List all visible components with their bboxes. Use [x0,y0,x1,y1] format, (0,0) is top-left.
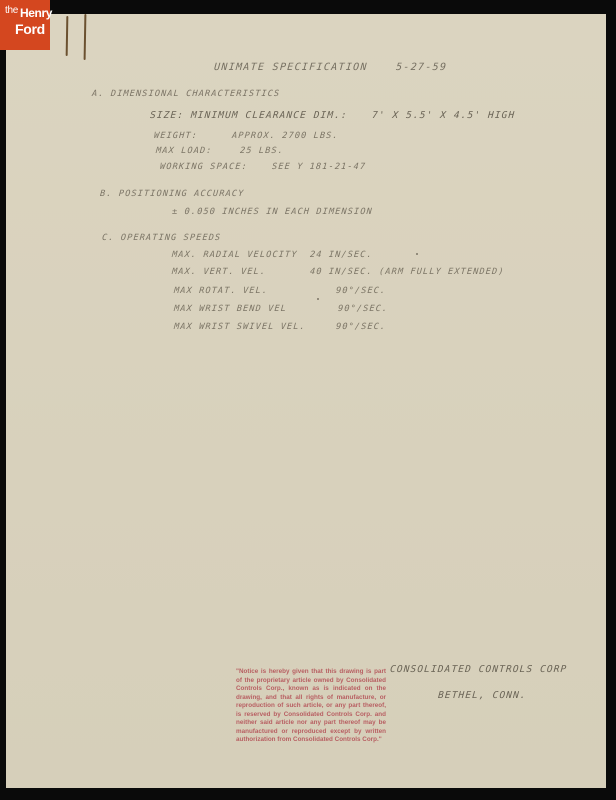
ink-dot [317,298,319,300]
working-space-value: See Y 181-21-47 [272,162,367,172]
ink-dot [416,253,418,255]
working-space-label: Working Space: [160,162,249,172]
rotation-velocity-value: 90°/sec. [336,286,387,296]
proprietary-notice: "Notice is hereby given that this drawin… [236,668,386,745]
radial-velocity-label: Max. Radial Velocity [172,250,298,260]
radial-velocity-value: 24 in/sec. [310,250,373,260]
company-name: Consolidated Controls Corp [390,664,568,675]
max-load-value: 25 Lbs. [240,146,285,156]
size-value: 7' x 5.5' x 4.5' High [372,110,516,121]
wrist-bend-velocity-label: Max Wrist Bend Vel [174,304,288,314]
size-label: Size: Minimum Clearance Dim.: [150,110,349,121]
logo-the: the [5,6,18,16]
logo-henry: Henry [20,7,52,19]
document-title: Unimate Specification [214,62,369,73]
vertical-velocity-value: 40 in/sec. (Arm Fully Extended) [310,267,505,277]
positioning-accuracy-value: ± 0.050 Inches in Each Dimension [172,207,373,217]
company-location: Bethel, Conn. [438,690,527,701]
logo-ford: Ford [15,22,45,36]
weight-value: Approx. 2700 Lbs. [232,131,339,141]
section-a-heading: A. Dimensional Characteristics [92,89,281,99]
wrist-swivel-velocity-label: Max Wrist Swivel Vel. [174,322,306,332]
section-c-heading: C. Operating Speeds [102,233,222,243]
vertical-velocity-label: Max. Vert. Vel. [172,267,267,277]
rotation-velocity-label: Max Rotat. Vel. [174,286,269,296]
max-load-label: Max Load: [156,146,213,156]
henry-ford-logo[interactable]: the Henry Ford [0,0,50,50]
wrist-swivel-velocity-value: 90°/sec. [336,322,387,332]
section-b-heading: B. Positioning Accuracy [100,189,245,199]
document-date: 5-27-59 [396,62,448,73]
weight-label: Weight: [154,131,199,141]
wrist-bend-velocity-value: 90°/sec. [338,304,389,314]
